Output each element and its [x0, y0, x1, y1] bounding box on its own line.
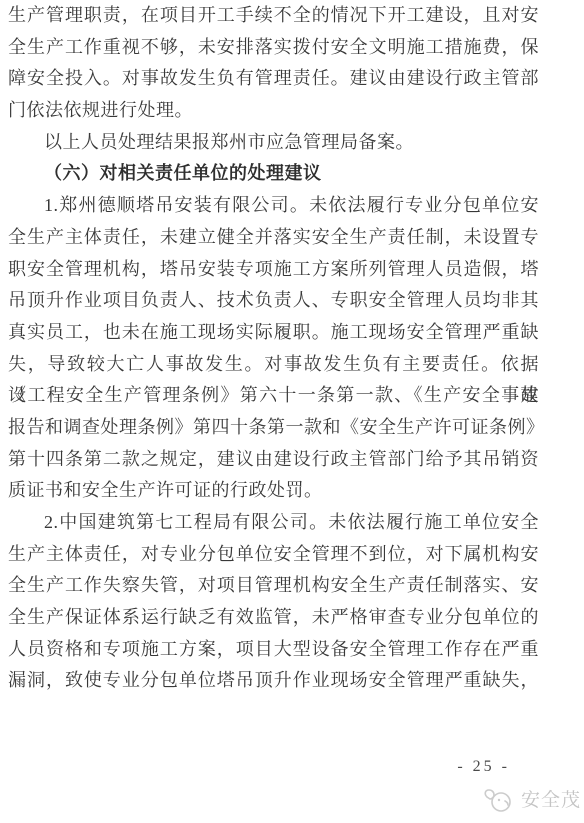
text-line: 生产主体责任，对专业分包单位安全管理不到位，对下属机构安	[8, 539, 539, 571]
text-line: 设工程安全生产管理条例》第六十一条第一款、《生产安全事故	[8, 380, 539, 412]
text-line: 全生产主体责任，未建立健全并落实安全生产责任制，未设置专	[8, 222, 539, 254]
document-page: 生产管理职责，在项目开工手续不全的情况下开工建设，且对安全生产工作重视不够，未安…	[0, 0, 584, 823]
text-line: 第十四条第二款之规定，建议由建设行政主管部门给予其吊销资	[8, 444, 539, 476]
text-line: 1.郑州德顺塔吊安装有限公司。未依法履行专业分包单位安	[8, 190, 539, 222]
text-line: 生产管理职责，在项目开工手续不全的情况下开工建设，且对安	[8, 0, 539, 32]
document-body: 生产管理职责，在项目开工手续不全的情况下开工建设，且对安全生产工作重视不够，未安…	[8, 0, 539, 697]
section-heading: （六）对相关责任单位的处理建议	[8, 158, 539, 190]
text-line: 漏洞，致使专业分包单位塔吊顶升作业现场安全管理严重缺失，	[8, 665, 539, 697]
text-line: 全生产工作失察失管，对项目管理机构安全生产责任制落实、安	[8, 570, 539, 602]
text-line: 报告和调查处理条例》第四十条第一款和《安全生产许可证条例》	[8, 412, 539, 444]
text-line: 门依法依规进行处理。	[8, 95, 539, 127]
text-line: 2.中国建筑第七工程局有限公司。未依法履行施工单位安全	[8, 507, 539, 539]
chat-face-logo-icon	[482, 787, 516, 814]
text-line: 吊顶升作业项目负责人、技术负责人、专职安全管理人员均非其	[8, 285, 539, 317]
text-line: 失，导致较大亡人事故发生。对事故发生负有主要责任。依据《建	[8, 349, 539, 381]
text-line: 质证书和安全生产许可证的行政处罚。	[8, 475, 539, 507]
watermark-label: 安全茂	[521, 787, 581, 814]
watermark: 安全茂	[482, 787, 581, 814]
text-line: 职安全管理机构，塔吊安装专项施工方案所列管理人员造假，塔	[8, 254, 539, 286]
text-line: 障安全投入。对事故发生负有管理责任。建议由建设行政主管部	[8, 63, 539, 95]
page-number: - 25 -	[457, 757, 510, 777]
text-line: 真实员工，也未在施工现场实际履职。施工现场安全管理严重缺	[8, 317, 539, 349]
text-line: 人员资格和专项施工方案，项目大型设备安全管理工作存在严重	[8, 634, 539, 666]
text-line: 以上人员处理结果报郑州市应急管理局备案。	[8, 127, 539, 159]
text-line: 全生产保证体系运行缺乏有效监管，未严格审查专业分包单位的	[8, 602, 539, 634]
text-line: 全生产工作重视不够，未安排落实拨付安全文明施工措施费，保	[8, 32, 539, 64]
